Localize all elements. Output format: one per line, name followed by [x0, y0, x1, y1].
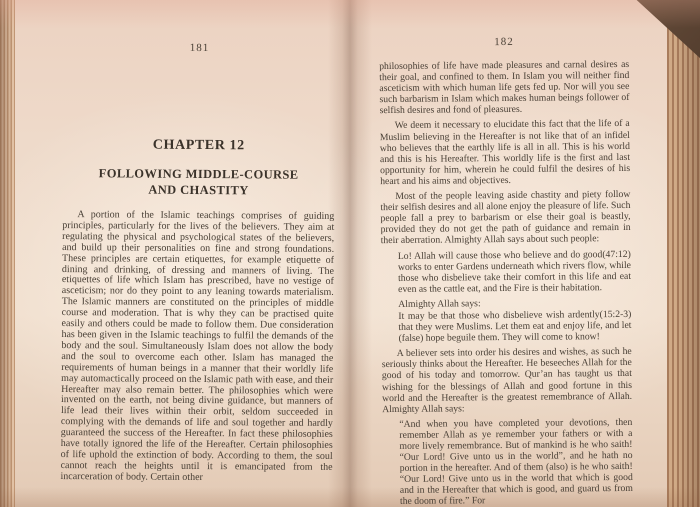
- paragraph-most-people: Most of the people leaving aside chastit…: [380, 189, 630, 247]
- page-181: 181 CHAPTER 12 FOLLOWING MIDDLE-COURSE A…: [60, 41, 335, 485]
- paragraph-continued: philosophies of life have made pleasures…: [379, 59, 629, 117]
- chapter-title: FOLLOWING MIDDLE-COURSE AND CHASTITY: [62, 166, 334, 199]
- open-book-photo: 181 CHAPTER 12 FOLLOWING MIDDLE-COURSE A…: [0, 0, 700, 507]
- right-page-stack-edge: [667, 0, 700, 507]
- scripture-quote-3-text: “And when you have completed your devoti…: [399, 417, 633, 507]
- left-page-stack-edge: [0, 0, 15, 507]
- paragraph-believer: A believer sets into order his desires a…: [382, 346, 633, 415]
- chapter-heading: CHAPTER 12: [63, 137, 335, 155]
- scripture-quote-1: (47:12) Lo! Allah will cause those who b…: [398, 248, 631, 294]
- scripture-quote-3: “And when you have completed your devoti…: [399, 417, 633, 507]
- page-182: 182 philosophies of life have made pleas…: [379, 35, 633, 507]
- scripture-quote-2: (15:2-3) It may be that those who disbel…: [398, 309, 631, 344]
- page-number-left: 181: [63, 41, 335, 55]
- chapter-title-line2: AND CHASTITY: [62, 182, 334, 199]
- chapter-title-line1: FOLLOWING MIDDLE-COURSE: [63, 166, 335, 183]
- scripture-quote-2-text: It may be that those who disbelieve wish…: [398, 309, 631, 344]
- top-lighting-shade: [0, 0, 700, 28]
- body-paragraph: A portion of the Islamic teachings compr…: [60, 210, 334, 485]
- scripture-quote-1-text: Lo! Allah will cause those who believe a…: [398, 249, 631, 295]
- page-number-right: 182: [379, 35, 629, 49]
- paragraph-we-deem: We deem it necessary to elucidate this f…: [380, 118, 631, 187]
- allah-says-label: Almighty Allah says:: [398, 297, 631, 310]
- scripture-reference-2: (15:2-3): [600, 309, 632, 320]
- scripture-reference-1: (47:12): [602, 248, 631, 259]
